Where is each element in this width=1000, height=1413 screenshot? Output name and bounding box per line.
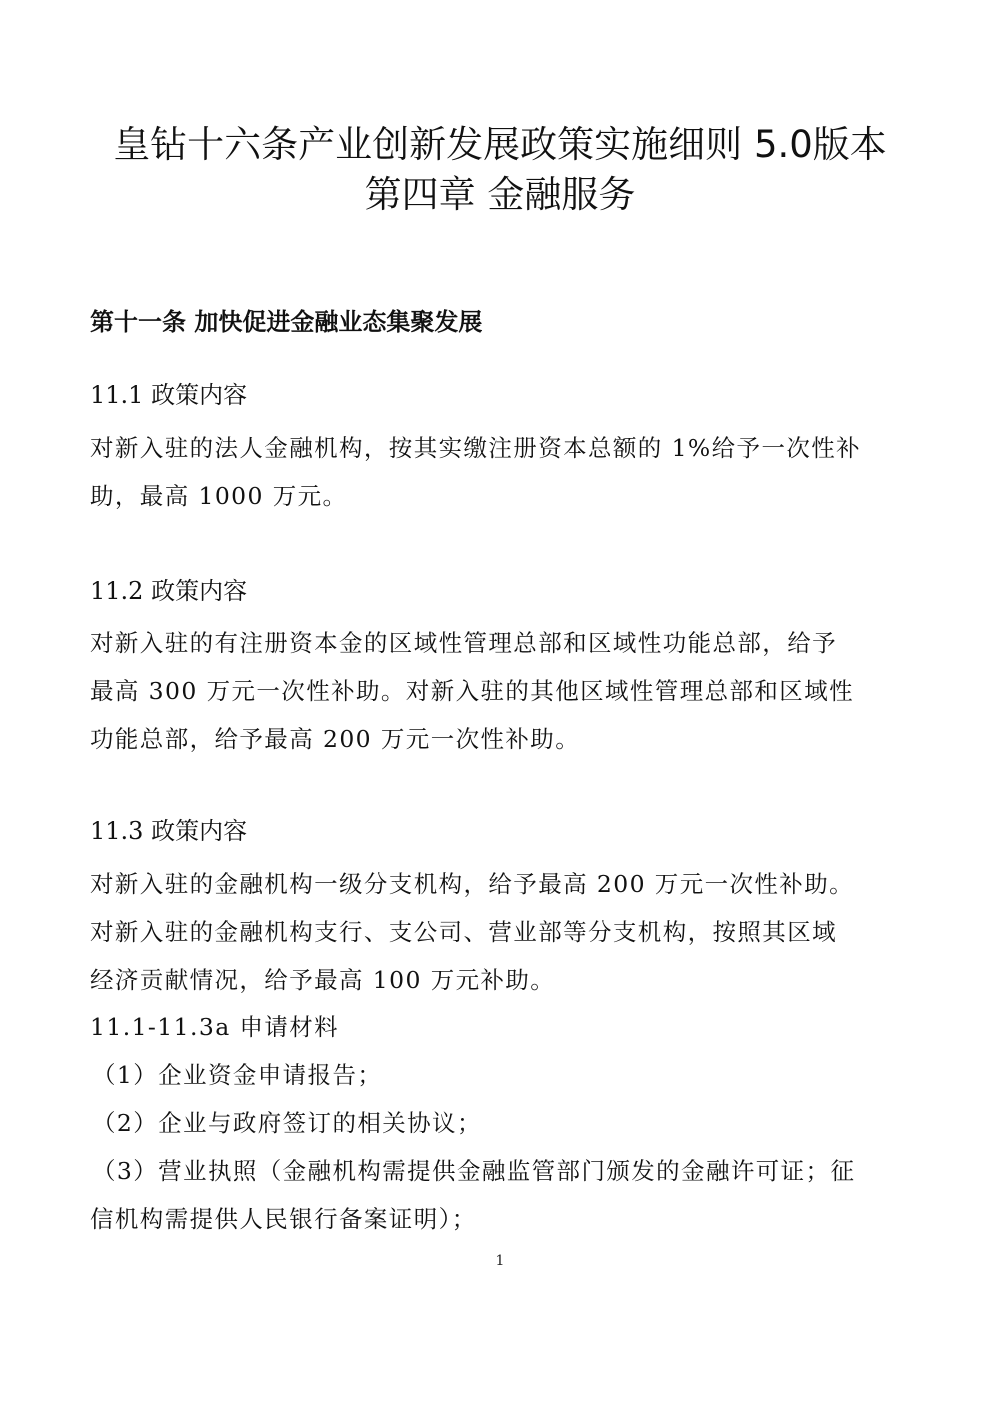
body-line: 功能总部，给予最高 200 万元一次性补助。 <box>90 715 910 763</box>
body-line: 对新入驻的有注册资本金的区域性管理总部和区域性功能总部，给予 <box>90 619 910 667</box>
section-body-11-1: 对新入驻的法人金融机构，按其实缴注册资本总额的 1%给予一次性补 助，最高 10… <box>90 424 910 520</box>
body-line: 对新入驻的法人金融机构，按其实缴注册资本总额的 1%给予一次性补 <box>90 424 910 472</box>
page-number: 1 <box>0 1253 1000 1269</box>
section-body-11-2: 对新入驻的有注册资本金的区域性管理总部和区域性功能总部，给予 最高 300 万元… <box>90 619 910 763</box>
section-heading-11-2: 11.2 政策内容 <box>90 573 247 609</box>
materials-item-1: （1）企业资金申请报告； <box>92 1051 382 1099</box>
section-body-11-3: 对新入驻的金融机构一级分支机构，给予最高 200 万元一次性补助。 对新入驻的金… <box>90 860 910 1004</box>
body-line: 经济贡献情况，给予最高 100 万元补助。 <box>90 956 910 1004</box>
materials-item-2: （2）企业与政府签订的相关协议； <box>92 1099 482 1147</box>
materials-item-3-cont: 信机构需提供人民银行备案证明）； <box>90 1195 477 1243</box>
body-line: 对新入驻的金融机构一级分支机构，给予最高 200 万元一次性补助。 <box>90 860 910 908</box>
section-heading-11-3: 11.3 政策内容 <box>90 813 247 849</box>
materials-item-3: （3）营业执照（金融机构需提供金融监管部门颁发的金融许可证；征 <box>92 1147 855 1195</box>
document-title: 皇钻十六条产业创新发展政策实施细则 5.0版本 <box>0 120 1000 170</box>
document-page: 皇钻十六条产业创新发展政策实施细则 5.0版本 第四章 金融服务 第十一条 加快… <box>0 0 1000 1413</box>
section-heading-11-1: 11.1 政策内容 <box>90 377 247 413</box>
body-line: 最高 300 万元一次性补助。对新入驻的其他区域性管理总部和区域性 <box>90 667 910 715</box>
article-heading: 第十一条 加快促进金融业态集聚发展 <box>90 304 482 340</box>
materials-heading: 11.1-11.3a 申请材料 <box>90 1003 339 1051</box>
body-line: 助，最高 1000 万元。 <box>90 472 910 520</box>
body-line: 对新入驻的金融机构支行、支公司、营业部等分支机构，按照其区域 <box>90 908 910 956</box>
chapter-title: 第四章 金融服务 <box>0 170 1000 220</box>
